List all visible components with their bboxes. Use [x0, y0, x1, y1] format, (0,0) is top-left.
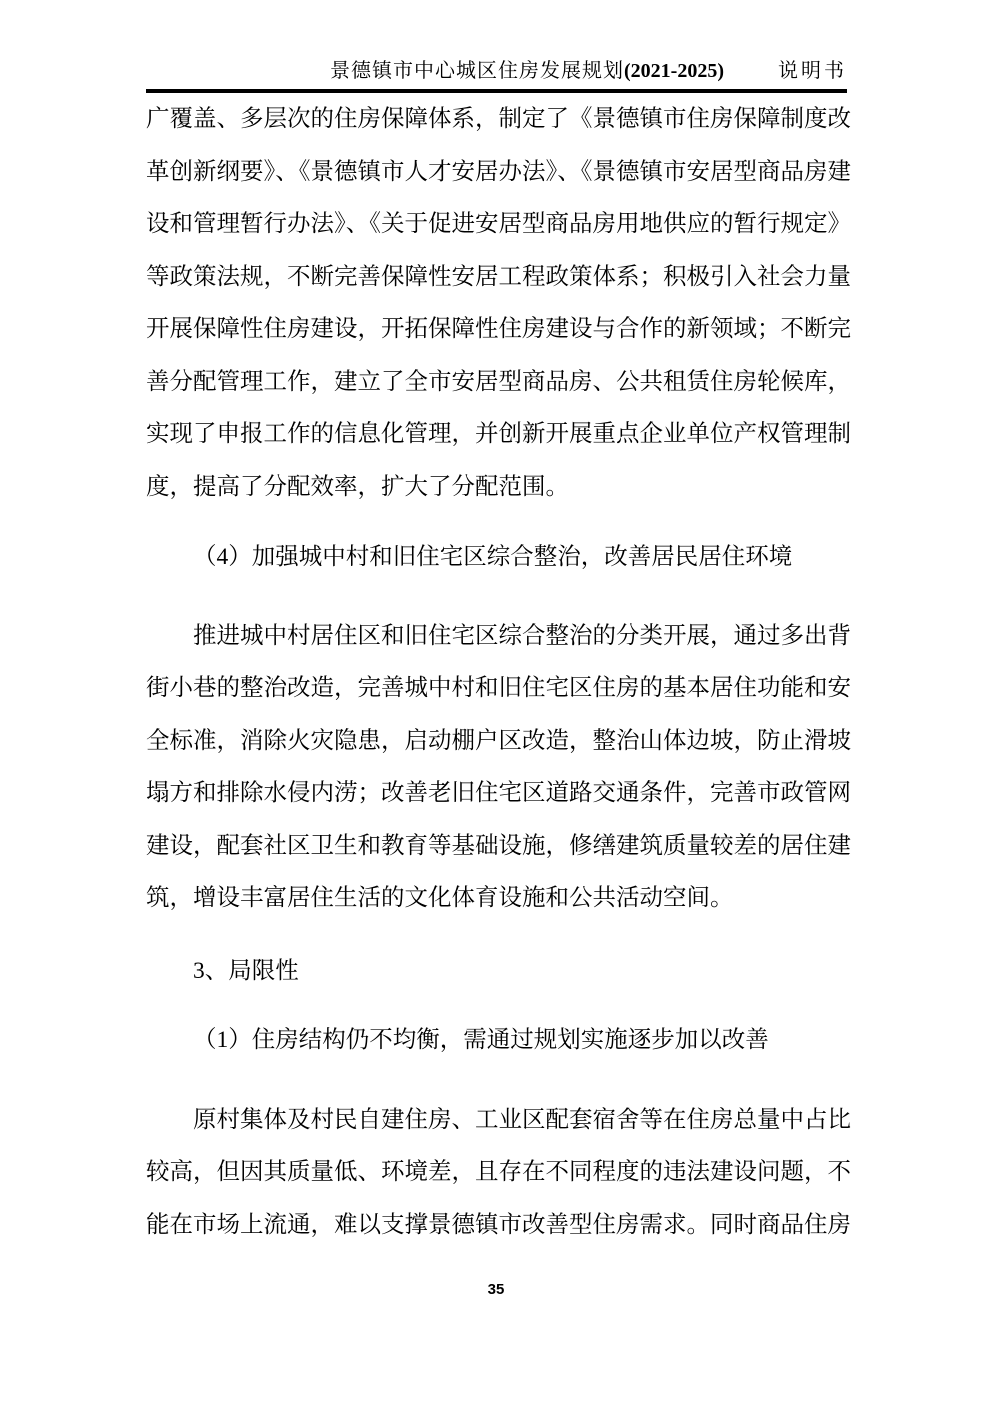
page-footer: 35	[0, 1281, 992, 1299]
paragraph-housing-security: 广覆盖、多层次的住房保障体系，制定了《景德镇市住房保障制度改革创新纲要》、《景德…	[146, 93, 851, 513]
heading-section-3-limitations: 3、局限性	[146, 945, 851, 998]
page-header: 景德镇市中心城区住房发展规划(2021-2025)说明书	[146, 58, 847, 84]
paragraph-limitations: 原村集体及村民自建住房、工业区配套宿舍等在住房总量中占比较高，但因其质量低、环境…	[146, 1094, 851, 1252]
header-title: 景德镇市中心城区住房发展规划	[330, 60, 624, 82]
paragraph-renovation: 推进城中村居住区和旧住宅区综合整治的分类开展，通过多出背街小巷的整治改造，完善城…	[146, 610, 851, 925]
heading-item-1: （1）住房结构仍不均衡，需通过规划实施逐步加以改善	[146, 1014, 851, 1067]
document-page: 景德镇市中心城区住房发展规划(2021-2025)说明书 广覆盖、多层次的住房保…	[0, 0, 992, 1403]
page-number: 35	[488, 1281, 505, 1298]
document-body: 广覆盖、多层次的住房保障体系，制定了《景德镇市住房保障制度改革创新纲要》、《景德…	[146, 93, 851, 1251]
header-doc-type: 说明书	[778, 58, 847, 84]
header-title-years: (2021-2025)	[624, 60, 724, 82]
heading-item-4: （4）加强城中村和旧住宅区综合整治，改善居民居住环境	[146, 531, 851, 584]
